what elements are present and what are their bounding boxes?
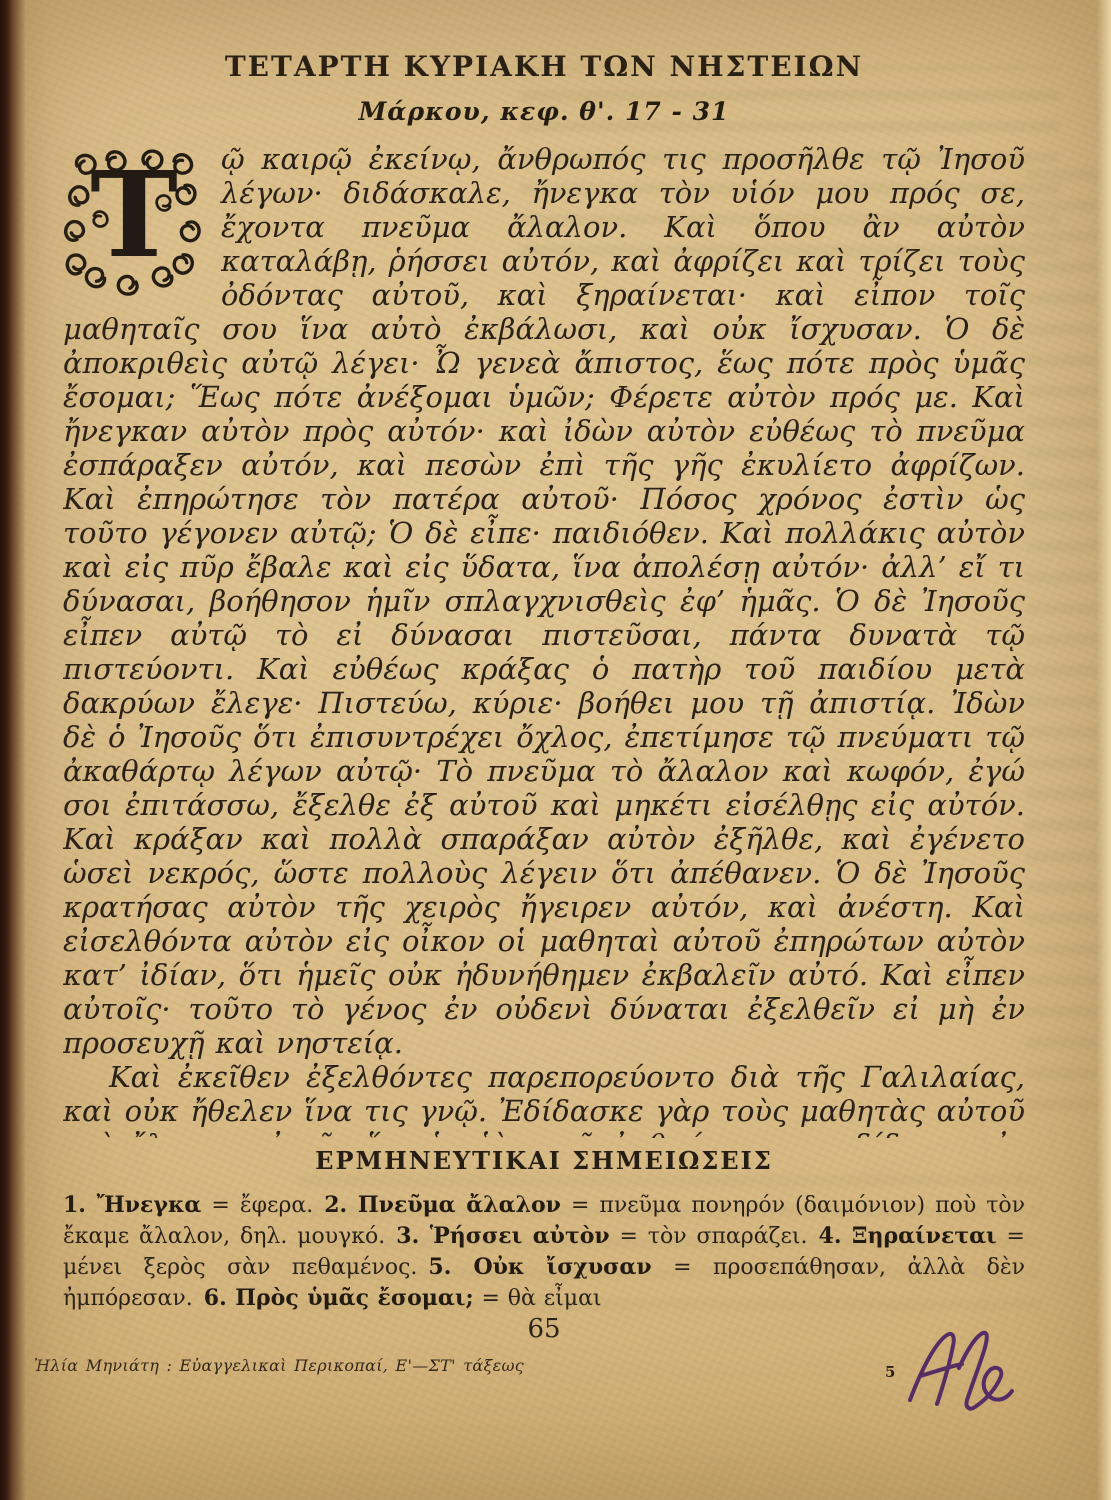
drop-cap-letter: Τ [90, 156, 178, 274]
page-right-edge [1097, 0, 1111, 1500]
printer-signature: 5 [885, 1363, 895, 1381]
book-page: ΤΕΤΑΡΤΗ ΚΥΡΙΑΚΗ ΤΩΝ ΝΗΣΤΕΙΩΝ Μάρκου, κεφ… [0, 0, 1111, 1500]
showthrough-right-margin [1026, 150, 1098, 1110]
drop-cap-ornament: Τ [63, 146, 205, 296]
notes-heading: ΕΡΜΗΝΕΥΤΙΚΑΙ ΣΗΜΕΙΩΣΕΙΣ [63, 1146, 1025, 1175]
gospel-paragraph-2: Καὶ ἐκεῖθεν ἐξελθόντες παρεπορεύοντο διὰ… [63, 1060, 1025, 1138]
scripture-reference: Μάρκου, κεφ. θ'. 17 - 31 [63, 97, 1025, 126]
note-term: 2. Πνεῦμα ἄλαλον [324, 1192, 561, 1218]
note-term: 5. Οὐκ ἴσχυσαν [428, 1254, 651, 1280]
gospel-text: Τ ῷ καιρῷ ἐκείνῳ, ἄνθρωπός τις προσῆλθε … [63, 142, 1025, 1138]
note-term: 6. Πρὸς ὑμᾶς ἔσομαι; [204, 1285, 474, 1311]
gospel-paragraph-1: ῷ καιρῷ ἐκείνῳ, ἄνθρωπός τις προσῆλθε τῷ… [63, 142, 1025, 1060]
note-term: 1. Ἤνεγκα [63, 1192, 201, 1218]
note-term: 4. Ξηραίνεται [819, 1223, 997, 1249]
page-number: 65 [63, 1314, 1025, 1344]
note-term: 3. Ῥήσσει αὐτὸν [396, 1223, 609, 1249]
footer-credit: Ἠλία Μηνιάτη : Εὐαγγελικαὶ Περικοπαί, Ε'… [34, 1356, 524, 1375]
handwritten-mark [902, 1326, 1032, 1418]
notes-paragraph: 1. Ἤνεγκα = ἔφερα. 2. Πνεῦμα ἄλαλον = πν… [63, 1190, 1025, 1314]
page-gutter-shadow [0, 0, 52, 1500]
page-title: ΤΕΤΑΡΤΗ ΚΥΡΙΑΚΗ ΤΩΝ ΝΗΣΤΕΙΩΝ [63, 50, 1025, 83]
